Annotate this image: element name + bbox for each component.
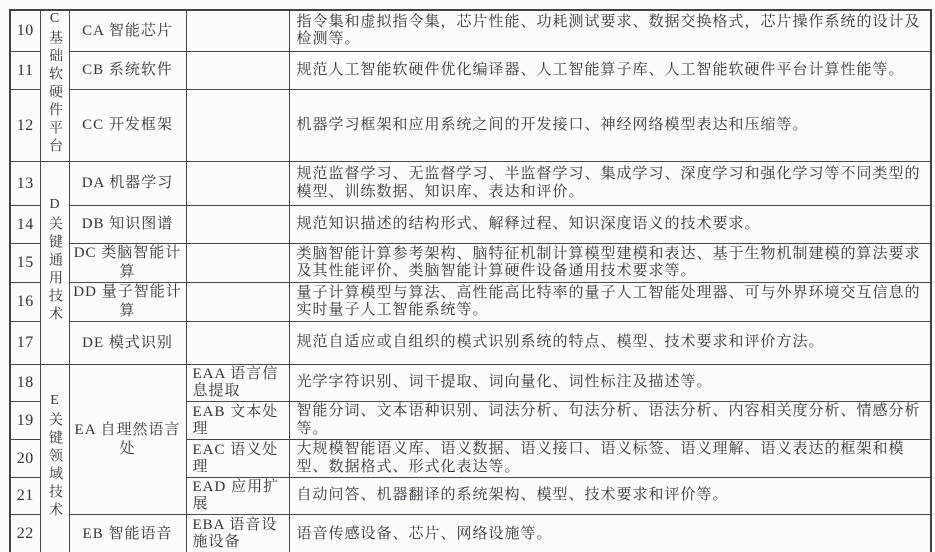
subcategory-cell: DB 知识图谱 [69,206,186,244]
row-number: 15 [10,244,40,283]
row-number: 22 [10,515,40,552]
description-cell: 规范人工智能软硬件优化编译器、人工智能算子库、人工智能软硬件平台计算性能等。 [289,52,931,90]
row-number: 12 [10,90,40,162]
description-cell: 光学字符识别、词干提取、词向量化、词性标注及描述等。 [289,365,931,402]
description-cell: 大规模智能语义库、语义数据、语义接口、语义标签、语义理解、语义表达的框架和模型、… [289,440,931,478]
table-row: 12 CC 开发框架 机器学习框架和应用系统之间的开发接口、神经网络模型表达和压… [10,90,931,162]
description-cell: 类脑智能计算参考架构、脑特征机制计算模型建模和表达、基于生物机制建模的算法要求及… [289,244,931,283]
row-number: 17 [10,322,40,365]
subcategory-cell: EA 自理然语言处 [69,365,186,515]
subsubcategory-cell [186,10,289,52]
table-row: 18 E关键领域技术 EA 自理然语言处 EAA 语言信息提取 光学字符识别、词… [10,365,931,402]
description-cell: 规范知识描述的结构形式、解释过程、知识深度语义的技术要求。 [289,206,931,244]
description-cell: 规范监督学习、无监督学习、半监督学习、集成学习、深度学习和强化学习等不同类型的模… [289,162,931,206]
subcategory-cell: DC 类脑智能计算 [69,244,186,283]
description-cell: 机器学习框架和应用系统之间的开发接口、神经网络模型表达和压缩等。 [289,90,931,162]
subsubcategory-cell: EBA 语音设施设备 [186,515,289,552]
category-label-d: D关键通用技术 [41,197,68,324]
row-number: 18 [10,365,40,402]
table-row: 13 D关键通用技术 DA 机器学习 规范监督学习、无监督学习、半监督学习、集成… [10,162,931,206]
table-row: 17 DE 模式识别 规范自适应或自组织的模式识别系统的特点、模型、技术要求和评… [10,322,931,365]
subsubcategory-cell: EAD 应用扩展 [186,478,289,515]
category-label-e: E关键领域技术 [41,393,68,520]
description-cell: 智能分词、文本语种识别、词法分析、句法分析、语法分析、内容相关度分析、情感分析等… [289,402,931,440]
subcategory-cell: CC 开发框架 [69,90,186,162]
subcategory-cell: DA 机器学习 [69,162,186,206]
table-row: 22 EB 智能语音 EBA 语音设施设备 语音传感设备、芯片、网络设施等。 [10,515,931,552]
subcategory-cell: CB 系统软件 [69,52,186,90]
subsubcategory-cell [186,90,289,162]
table-row: 15 DC 类脑智能计算 类脑智能计算参考架构、脑特征机制计算模型建模和表达、基… [10,244,931,283]
subsubcategory-cell: EAB 文本处理 [186,402,289,440]
description-cell: 量子计算模型与算法、高性能高比特率的量子人工智能处理器、可与外界环境交互信息的实… [289,283,931,322]
subcategory-cell: DE 模式识别 [69,322,186,365]
subsubcategory-cell [186,283,289,322]
category-cell-e: E关键领域技术 [40,365,69,552]
row-number: 10 [10,10,40,52]
category-cell-c: C基础软硬件平台 [40,10,69,162]
table-row: 11 CB 系统软件 规范人工智能软硬件优化编译器、人工智能算子库、人工智能软硬… [10,52,931,90]
table-row: 14 DB 知识图谱 规范知识描述的结构形式、解释过程、知识深度语义的技术要求。 [10,206,931,244]
subsubcategory-cell [186,206,289,244]
table-row: 10 C基础软硬件平台 CA 智能芯片 指令集和虚拟指令集，芯片性能、功耗测试要… [10,10,931,52]
scanned-page: 10 C基础软硬件平台 CA 智能芯片 指令集和虚拟指令集，芯片性能、功耗测试要… [0,0,935,552]
subsubcategory-cell [186,162,289,206]
subsubcategory-cell [186,322,289,365]
subcategory-cell: EB 智能语音 [69,515,186,552]
description-cell: 指令集和虚拟指令集，芯片性能、功耗测试要求、数据交换格式，芯片操作系统的设计及检… [289,10,931,52]
description-cell: 自动问答、机器翻译的系统架构、模型、技术要求和评价等。 [289,478,931,515]
subcategory-cell: CA 智能芯片 [69,10,186,52]
ai-standards-classification-table: 10 C基础软硬件平台 CA 智能芯片 指令集和虚拟指令集，芯片性能、功耗测试要… [9,9,932,552]
subsubcategory-cell: EAC 语义处理 [186,440,289,478]
row-number: 19 [10,402,40,440]
row-number: 16 [10,283,40,322]
subcategory-cell: DD 量子智能计算 [69,283,186,322]
row-number: 11 [10,52,40,90]
row-number: 20 [10,440,40,478]
subsubcategory-cell: EAA 语言信息提取 [186,365,289,402]
subsubcategory-cell [186,244,289,283]
description-cell: 规范自适应或自组织的模式识别系统的特点、模型、技术要求和评价方法。 [289,322,931,365]
category-cell-d: D关键通用技术 [40,162,69,365]
description-cell: 语音传感设备、芯片、网络设施等。 [289,515,931,552]
row-number: 14 [10,206,40,244]
row-number: 13 [10,162,40,206]
row-number: 21 [10,478,40,515]
table-row: 16 DD 量子智能计算 量子计算模型与算法、高性能高比特率的量子人工智能处理器… [10,283,931,322]
subsubcategory-cell [186,52,289,90]
category-label-c: C基础软硬件平台 [41,11,68,156]
